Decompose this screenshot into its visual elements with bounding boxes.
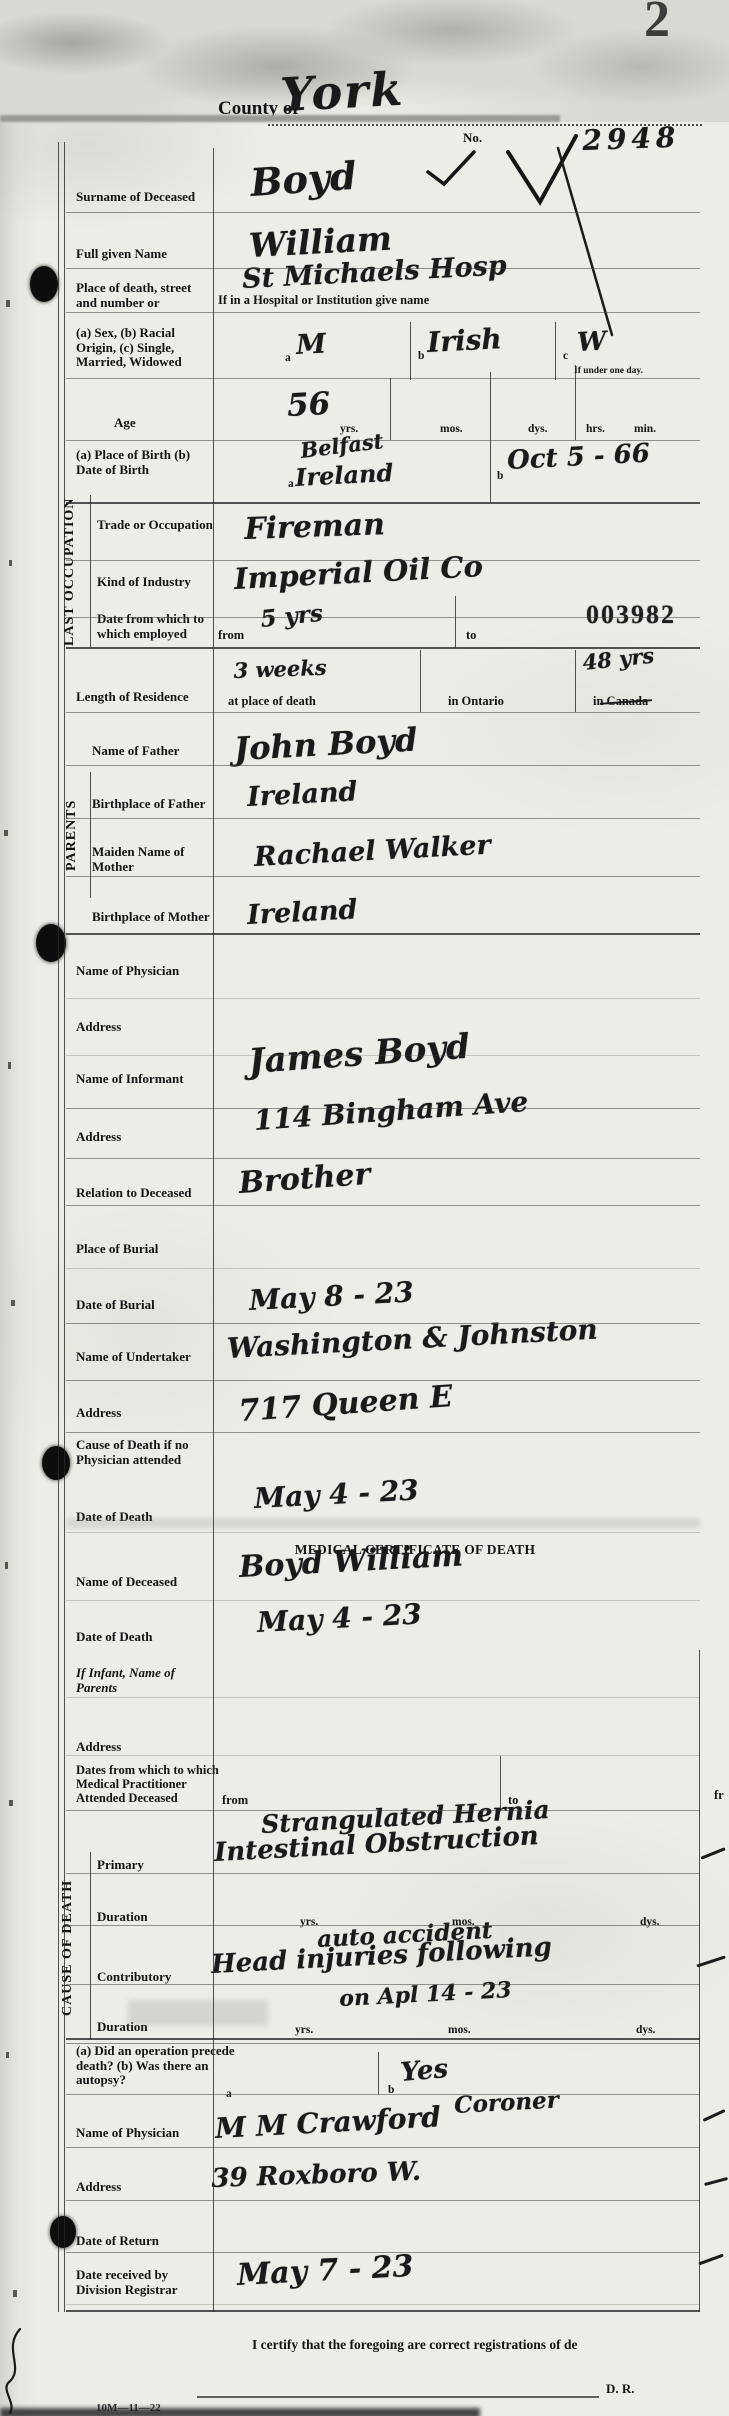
birth-b-marker: b xyxy=(497,470,503,482)
margin-scribble xyxy=(0,2325,30,2416)
mother-birthplace-label: Birthplace of Mother xyxy=(92,910,210,925)
form-line xyxy=(64,142,65,2312)
form-line xyxy=(575,650,576,712)
form-rule xyxy=(66,1873,700,1874)
birthplace-line2: Ireland xyxy=(294,458,393,492)
form-line xyxy=(213,148,214,2312)
date-of-death-value: May 4 - 23 xyxy=(253,1473,419,1515)
father-birthplace-value: Ireland xyxy=(246,776,358,813)
form-rule xyxy=(66,712,700,713)
age-label: Age xyxy=(114,416,136,431)
father-label: Name of Father xyxy=(92,744,179,759)
edge-writing-fragment xyxy=(703,2109,726,2121)
form-rule xyxy=(66,617,700,618)
edge-writing-fragment xyxy=(696,1955,725,1967)
form-rule xyxy=(66,440,700,441)
surname-value: Boyd xyxy=(249,153,358,205)
contributory-below: on Apl 14 - 23 xyxy=(339,1977,513,2012)
scan-speck xyxy=(9,560,12,566)
scan-speck xyxy=(6,300,10,307)
autopsy-value: Yes xyxy=(399,2054,449,2088)
form-rule xyxy=(66,1055,700,1056)
scan-speck xyxy=(6,2052,9,2058)
age-min: min. xyxy=(634,423,656,435)
age-mos: mos. xyxy=(440,423,463,435)
relation-label: Relation to Deceased xyxy=(76,1186,192,1201)
mother-birthplace-value: Ireland xyxy=(246,894,358,931)
form-line xyxy=(555,322,556,380)
date-of-return-label: Date of Return xyxy=(76,2234,159,2249)
birth-label: (a) Place of Birth (b) Date of Birth xyxy=(76,448,196,477)
form-rule xyxy=(66,1925,700,1926)
operation-autopsy-label: (a) Did an operation precede death? (b) … xyxy=(76,2044,241,2088)
surname-label: Surname of Deceased xyxy=(76,190,195,205)
date-of-death2-label: Date of Death xyxy=(76,1630,153,1645)
form-rule xyxy=(66,1755,700,1756)
duration2-dys: dys. xyxy=(636,2024,656,2036)
physician-address-label: Address xyxy=(76,1020,121,1035)
edge-writing-fragment xyxy=(704,2177,728,2186)
form-rule xyxy=(66,2043,700,2044)
mother-value: Rachael Walker xyxy=(253,830,491,873)
practitioner-from-label: from xyxy=(222,1793,248,1808)
form-line xyxy=(390,378,391,440)
form-rule xyxy=(66,876,700,877)
burial-place-label: Place of Burial xyxy=(76,1242,158,1257)
informant-address-value: 114 Bingham Ave xyxy=(253,1085,530,1137)
sex-b-marker: b xyxy=(418,350,424,362)
scan-speck xyxy=(4,830,8,836)
contributory-label: Contributory xyxy=(97,1970,171,1985)
date-received-value: May 7 - 23 xyxy=(236,2249,414,2293)
next-column-from-fragment: fr xyxy=(714,1788,724,1803)
form-line xyxy=(490,372,491,440)
form-rule xyxy=(66,2038,700,2040)
form-line xyxy=(90,495,91,648)
racial-origin-value: Irish xyxy=(426,322,502,359)
form-rule xyxy=(66,1205,700,1206)
form-rule xyxy=(66,647,700,649)
father-birthplace-label: Birthplace of Father xyxy=(92,797,205,812)
form-rule xyxy=(66,1984,700,1985)
informant-address-label: Address xyxy=(76,1130,121,1145)
form-rule xyxy=(66,1323,700,1324)
marital-status-value: W xyxy=(576,327,607,358)
form-rule xyxy=(66,502,700,504)
age-dys: dys. xyxy=(528,423,548,435)
industry-value: Imperial Oil Co xyxy=(233,549,483,596)
sex-value: M xyxy=(295,328,326,361)
form-line xyxy=(90,772,91,898)
form-rule xyxy=(66,2310,700,2312)
bottom-smudge xyxy=(0,2408,480,2416)
form-line xyxy=(490,440,491,502)
scan-speck xyxy=(8,1062,11,1069)
certify-statement: I certify that the foregoing are correct… xyxy=(252,2337,578,2352)
form-rule xyxy=(66,2094,700,2095)
dr-label: D. R. xyxy=(606,2382,635,2397)
residence-at-place-value: 3 weeks xyxy=(233,655,327,683)
ink-blob xyxy=(36,924,66,962)
section-cause-of-death: CAUSE OF DEATH xyxy=(60,1855,76,2040)
birthplace-line1: Belfast xyxy=(299,428,385,463)
crease-shadow xyxy=(128,2000,268,2026)
form-rule xyxy=(66,1810,700,1811)
primary-cause-label: Primary xyxy=(97,1858,144,1873)
date-of-death2-value: May 4 - 23 xyxy=(256,1597,422,1639)
age-hrs: hrs. xyxy=(586,423,605,435)
practitioner-dates-label: Dates from which to which Medical Practi… xyxy=(76,1763,236,1805)
form-rule xyxy=(66,1697,700,1698)
residence-ontario-label: in Ontario xyxy=(448,694,504,709)
physician2-address-value: 39 Roxboro W. xyxy=(211,2157,421,2194)
form-rule xyxy=(66,1268,700,1269)
birthdate-value: Oct 5 - 66 xyxy=(506,439,650,476)
form-line xyxy=(420,650,421,712)
form-rule xyxy=(66,818,700,819)
ink-blob xyxy=(30,266,58,302)
form-rule xyxy=(66,1432,700,1433)
industry-label: Kind of Industry xyxy=(97,575,191,590)
duration1-yrs: yrs. xyxy=(300,1916,318,1928)
place-of-death-label: Place of death, street and number or xyxy=(76,281,198,310)
crease-shadow xyxy=(66,1518,700,1528)
coroner-annotation: Coroner xyxy=(454,2087,560,2119)
physician2-value: M M Crawford xyxy=(214,2100,441,2145)
form-rule xyxy=(66,2200,700,2201)
scan-speck xyxy=(11,1300,15,1306)
relation-value: Brother xyxy=(238,1157,372,1201)
scan-speck xyxy=(9,1800,13,1806)
duration1-dys: dys. xyxy=(640,1916,660,1928)
form-rule xyxy=(66,2304,700,2305)
form-rule xyxy=(66,1380,700,1381)
infant-parents-label: If Infant, Name of Parents xyxy=(76,1666,184,1695)
physician-label: Name of Physician xyxy=(76,964,179,979)
employed-to-label: to xyxy=(466,628,476,643)
physician2-address-label: Address xyxy=(76,2180,121,2195)
form-line xyxy=(58,142,59,2312)
sex-a-marker: a xyxy=(285,352,291,364)
scan-speck xyxy=(13,2290,17,2297)
residence-at-place-label: at place of death xyxy=(228,694,316,709)
trade-value: Fireman xyxy=(244,507,386,547)
mother-label: Maiden Name of Mother xyxy=(92,845,192,874)
section-parents: PARENTS xyxy=(64,775,80,895)
form-line xyxy=(410,322,411,380)
given-name-label: Full given Name xyxy=(76,247,167,262)
form-rule xyxy=(66,933,700,935)
form-line xyxy=(500,1756,501,1810)
ink-blob xyxy=(50,2216,76,2248)
trade-label: Trade or Occupation xyxy=(97,518,213,533)
under-one-day-note: If under one day. xyxy=(574,366,643,376)
form-line xyxy=(455,596,456,648)
death-registration-scan: 2 County of York No. 2948 LAST OCCUPATIO… xyxy=(0,0,729,2416)
form-rule xyxy=(66,1158,700,1159)
page-number: 2 xyxy=(644,0,670,49)
employed-from-label: from xyxy=(218,628,244,643)
residence-label: Length of Residence xyxy=(76,690,189,705)
form-line xyxy=(575,365,576,440)
stamp-number: 003982 xyxy=(586,600,676,630)
county-value: York xyxy=(279,62,405,122)
form-line xyxy=(699,1650,700,2312)
deceased-name-label: Name of Deceased xyxy=(76,1575,177,1590)
sex-origin-status-label: (a) Sex, (b) Racial Origin, (c) Single, … xyxy=(76,326,204,370)
form-rule xyxy=(66,998,700,999)
physician2-label: Name of Physician xyxy=(76,2126,179,2141)
undertaker-address-label: Address xyxy=(76,1406,121,1421)
scan-speck xyxy=(5,1562,8,1569)
form-rule xyxy=(66,2147,700,2148)
undertaker-label: Name of Undertaker xyxy=(76,1350,191,1365)
hospital-note: If in a Hospital or Institution give nam… xyxy=(218,293,429,307)
birth-a-marker: a xyxy=(288,478,294,490)
form-rule xyxy=(66,1600,700,1601)
form-line xyxy=(90,1852,91,2040)
form-rule xyxy=(66,560,700,561)
form-rule xyxy=(66,378,700,379)
duration2-yrs: yrs. xyxy=(295,2024,313,2036)
duration2-mos: mos. xyxy=(448,2024,471,2036)
age-value: 56 xyxy=(286,386,331,424)
form-rule xyxy=(66,212,700,213)
form-rule xyxy=(66,1532,700,1533)
address3-label: Address xyxy=(76,1740,121,1755)
sex-c-marker: c xyxy=(563,350,568,362)
date-received-label: Date received by Division Registrar xyxy=(76,2268,216,2297)
signature-line xyxy=(197,2396,599,2398)
form-rule xyxy=(66,1108,700,1109)
form-line xyxy=(378,2052,379,2094)
edge-writing-fragment xyxy=(698,2254,723,2265)
informant-label: Name of Informant xyxy=(76,1072,184,1087)
undertaker-value: Washington & Johnston xyxy=(226,1313,598,1365)
form-rule xyxy=(66,312,700,313)
burial-date-value: May 8 - 23 xyxy=(248,1275,414,1317)
form-rule xyxy=(66,268,700,269)
form-rule xyxy=(66,765,700,766)
checkmark-icon xyxy=(380,120,680,350)
edge-writing-fragment xyxy=(700,1847,725,1859)
burial-date-label: Date of Burial xyxy=(76,1298,155,1313)
duration1-label: Duration xyxy=(97,1910,148,1925)
father-value: John Boyd xyxy=(233,720,418,768)
undertaker-address-value: 717 Queen E xyxy=(238,1379,454,1429)
form-rule xyxy=(66,2252,700,2253)
ink-blob xyxy=(42,1446,70,1480)
